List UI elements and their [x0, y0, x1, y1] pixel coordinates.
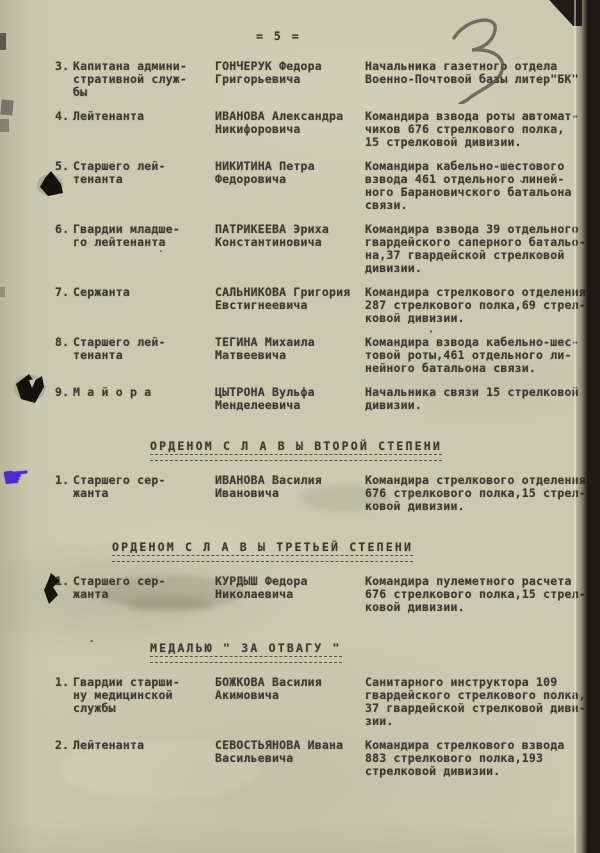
entry-rank: Старшего лей- тенанта	[73, 160, 215, 212]
entry-description: Командира пулеметного расчета 676 стрелк…	[365, 575, 600, 614]
entry-name: ИВАНОВА Александра Никифоровича	[215, 110, 365, 149]
entry-rank: Лейтенанта	[73, 110, 215, 149]
entry-rank: Старшего лей- тенанта	[73, 336, 215, 375]
entry-name: ГОНЧЕРУК Федора Григорьевича	[215, 60, 365, 99]
entry-number: 8.	[55, 336, 73, 375]
page-number: = 5 =	[256, 30, 600, 43]
entry-name: СЕВОСТЬЯНОВА Ивана Васильевича	[215, 739, 365, 778]
entry-description: Командира стрелкового взвода 883 стрелко…	[365, 739, 600, 778]
entry-description: Командира стрелкового отделения 287 стре…	[365, 286, 600, 325]
dust-speck	[90, 640, 93, 642]
entry-name: КУРДЫШ Федора Николаевича	[215, 575, 365, 614]
entry-name: САЛЬНИКОВА Григория Евстигнеевича	[215, 286, 365, 325]
edge-mark	[0, 119, 9, 132]
entry-number: 9.	[55, 386, 73, 412]
entry-description: Санитарного инструктора 109 гвардейского…	[365, 676, 600, 728]
entry-name: БОЖКОВА Василия Акимовича	[215, 676, 365, 728]
ink-blot	[41, 571, 63, 611]
scanned-document-page: = 5 = 3. Капитана админи- стративной слу…	[0, 0, 600, 853]
dust-speck	[160, 250, 162, 252]
section-order-glory-3: ОРДЕНОМ С Л А В Ы ТРЕТЬЕЙ СТЕПЕНИ 1. Ста…	[0, 524, 600, 614]
entry-number: 6.	[55, 223, 73, 275]
page-edge-highlight	[574, 0, 576, 853]
entry-number: 1.	[55, 474, 73, 513]
award-entry: 1. Старшего сер- жанта ИВАНОВА Василия И…	[0, 474, 600, 513]
entry-number: 2.	[55, 739, 73, 778]
edge-mark	[0, 287, 5, 297]
entry-description: Командира взвода кабельно-шес- товой рот…	[365, 336, 600, 375]
section-header: ОРДЕНОМ С Л А В Ы ТРЕТЬЕЙ СТЕПЕНИ	[112, 541, 413, 562]
award-entry: 5. Старшего лей- тенанта НИКИТИНА Петра …	[0, 160, 600, 212]
entry-description: Начальника связи 15 стрелковой дивизии.	[365, 386, 600, 412]
entry-number: 4.	[55, 110, 73, 149]
entry-name: ИВАНОВА Василия Ивановича	[215, 474, 365, 513]
award-entry: 6. Гвардии младше- го лейтенанта ПАТРИКЕ…	[0, 223, 600, 275]
entry-rank: Гвардии старши- ну медицинской службы	[73, 676, 215, 728]
entry-rank: М а й о р а	[73, 386, 215, 412]
section-medal-courage: МЕДАЛЬЮ " ЗА ОТВАГУ " 1. Гвардии старши-…	[0, 625, 600, 778]
header-underline	[150, 454, 442, 461]
document-content: = 5 = 3. Капитана админи- стративной слу…	[0, 0, 600, 778]
section-header-title: ОРДЕНОМ С Л А В Ы ТРЕТЬЕЙ СТЕПЕНИ	[112, 541, 413, 554]
entry-rank: Лейтенанта	[73, 739, 215, 778]
award-entry: 2. Лейтенанта СЕВОСТЬЯНОВА Ивана Василье…	[0, 739, 600, 778]
entry-rank: Старшего сер- жанта	[73, 575, 215, 614]
header-underline	[150, 656, 342, 663]
award-entry: 1. Старшего сер- жанта КУРДЫШ Федора Ник…	[0, 575, 600, 614]
section-header: МЕДАЛЬЮ " ЗА ОТВАГУ "	[150, 642, 342, 663]
entry-number: 1.	[55, 676, 73, 728]
entry-name: НИКИТИНА Петра Федоровича	[215, 160, 365, 212]
entry-name: ЦЫТРОНА Вульфа Менделеевича	[215, 386, 365, 412]
entry-rank: Старшего сер- жанта	[73, 474, 215, 513]
entry-name: ПАТРИКЕЕВА Эриха Константиновича	[215, 223, 365, 275]
entry-description: Командира стрелкового отделения 676 стре…	[365, 474, 600, 513]
section-header-title: МЕДАЛЬЮ " ЗА ОТВАГУ "	[150, 642, 342, 655]
manicule-icon: ☛	[0, 461, 32, 494]
section-order-glory-2: ОРДЕНОМ С Л А В Ы ВТОРОЙ СТЕПЕНИ 1. Стар…	[0, 423, 600, 513]
award-entry: 7. Сержанта САЛЬНИКОВА Григория Евстигне…	[0, 286, 600, 325]
dust-speck	[430, 330, 432, 333]
entry-name: ТЕГИНА Михаила Матвеевича	[215, 336, 365, 375]
entry-description: Командира кабельно-шестового взвода 461 …	[365, 160, 600, 212]
edge-mark	[0, 99, 14, 115]
section-header: ОРДЕНОМ С Л А В Ы ВТОРОЙ СТЕПЕНИ	[150, 440, 442, 461]
dust-speck	[520, 180, 522, 182]
entry-rank: Капитана админи- стративной служ- бы	[73, 60, 215, 99]
section-header-title: ОРДЕНОМ С Л А В Ы ВТОРОЙ СТЕПЕНИ	[150, 440, 442, 453]
handwritten-pencil-mark	[442, 14, 527, 108]
award-entry: 4. Лейтенанта ИВАНОВА Александра Никифор…	[0, 110, 600, 149]
section-awards-list: 3. Капитана админи- стративной служ- бы …	[0, 60, 600, 412]
edge-mark	[0, 33, 6, 50]
award-entry: 9. М а й о р а ЦЫТРОНА Вульфа Менделееви…	[0, 386, 600, 412]
entry-rank: Гвардии младше- го лейтенанта	[73, 223, 215, 275]
award-entry: 8. Старшего лей- тенанта ТЕГИНА Михаила …	[0, 336, 600, 375]
entry-rank: Сержанта	[73, 286, 215, 325]
entry-number: 7.	[55, 286, 73, 325]
scan-edge-shadow	[574, 0, 600, 853]
entry-description: Командира взвода 39 отдельного гвардейск…	[365, 223, 600, 275]
ink-blot	[12, 372, 50, 410]
entry-description: Командира взвода роты автомат- чиков 676…	[365, 110, 600, 149]
header-underline	[112, 555, 413, 562]
award-entry: 1. Гвардии старши- ну медицинской службы…	[0, 676, 600, 728]
ink-blot	[36, 169, 66, 203]
entry-number: 3.	[55, 60, 73, 99]
